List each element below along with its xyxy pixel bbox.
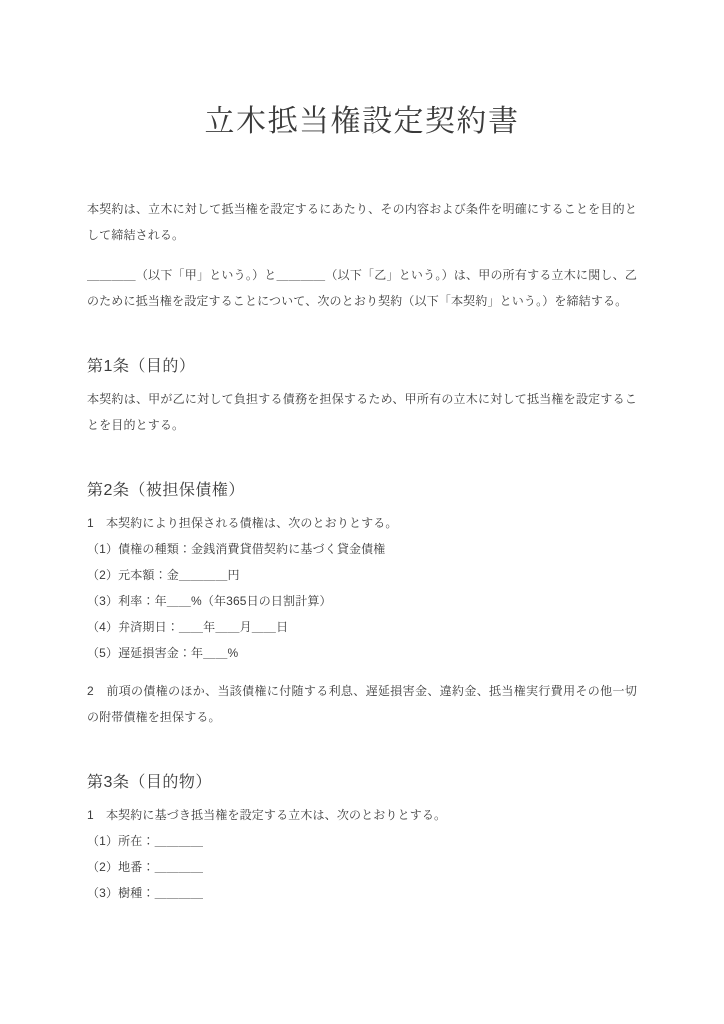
article-3-clause-1-group: 1 本契約に基づき抵当権を設定する立木は、次のとおりとする。 （1）所在：＿＿＿… <box>87 802 637 906</box>
article-3-heading: 第3条（目的物） <box>87 772 637 794</box>
article-1-section: 第1条（目的） 本契約は、甲が乙に対して負担する債務を担保するため、甲所有の立木… <box>87 356 637 438</box>
article-3-item-2: （2）地番：＿＿＿＿ <box>87 854 637 880</box>
article-3-item-3: （3）樹種：＿＿＿＿ <box>87 880 637 906</box>
article-2-section: 第2条（被担保債権） 1 本契約により担保される債権は、次のとおりとする。 （1… <box>87 480 637 730</box>
article-2-heading: 第2条（被担保債権） <box>87 480 637 502</box>
preamble-section: 本契約は、立木に対して抵当権を設定するにあたり、その内容および条件を明確にするこ… <box>87 196 637 314</box>
article-2-item-1: （1）債権の種類：金銭消費貸借契約に基づく貸金債権 <box>87 536 637 562</box>
article-2-clause-1-group: 1 本契約により担保される債権は、次のとおりとする。 （1）債権の種類：金銭消費… <box>87 510 637 666</box>
article-1-clause-1: 本契約は、甲が乙に対して負担する債務を担保するため、甲所有の立木に対して抵当権を… <box>87 386 637 438</box>
article-2-item-5: （5）遅延損害金：年＿＿% <box>87 640 637 666</box>
article-3-item-1: （1）所在：＿＿＿＿ <box>87 828 637 854</box>
preamble-paragraph-2: ＿＿＿＿（以下「甲」という。）と＿＿＿＿（以下「乙」という。）は、甲の所有する立… <box>87 262 637 314</box>
article-2-item-4: （4）弁済期日：＿＿年＿＿月＿＿日 <box>87 614 637 640</box>
contract-document-page: 立木抵当権設定契約書 本契約は、立木に対して抵当権を設定するにあたり、その内容お… <box>0 0 724 1024</box>
article-2-item-2: （2）元本額：金＿＿＿＿円 <box>87 562 637 588</box>
article-3-section: 第3条（目的物） 1 本契約に基づき抵当権を設定する立木は、次のとおりとする。 … <box>87 772 637 906</box>
preamble-paragraph-1: 本契約は、立木に対して抵当権を設定するにあたり、その内容および条件を明確にするこ… <box>87 196 637 248</box>
article-2-item-3: （3）利率：年＿＿%（年365日の日割計算） <box>87 588 637 614</box>
article-2-clause-2: 2 前項の債権のほか、当該債権に付随する利息、遅延損害金、違約金、抵当権実行費用… <box>87 678 637 730</box>
article-2-clause-1: 1 本契約により担保される債権は、次のとおりとする。 <box>87 510 637 536</box>
article-1-heading: 第1条（目的） <box>87 356 637 378</box>
document-title: 立木抵当権設定契約書 <box>87 0 637 140</box>
article-3-clause-1: 1 本契約に基づき抵当権を設定する立木は、次のとおりとする。 <box>87 802 637 828</box>
